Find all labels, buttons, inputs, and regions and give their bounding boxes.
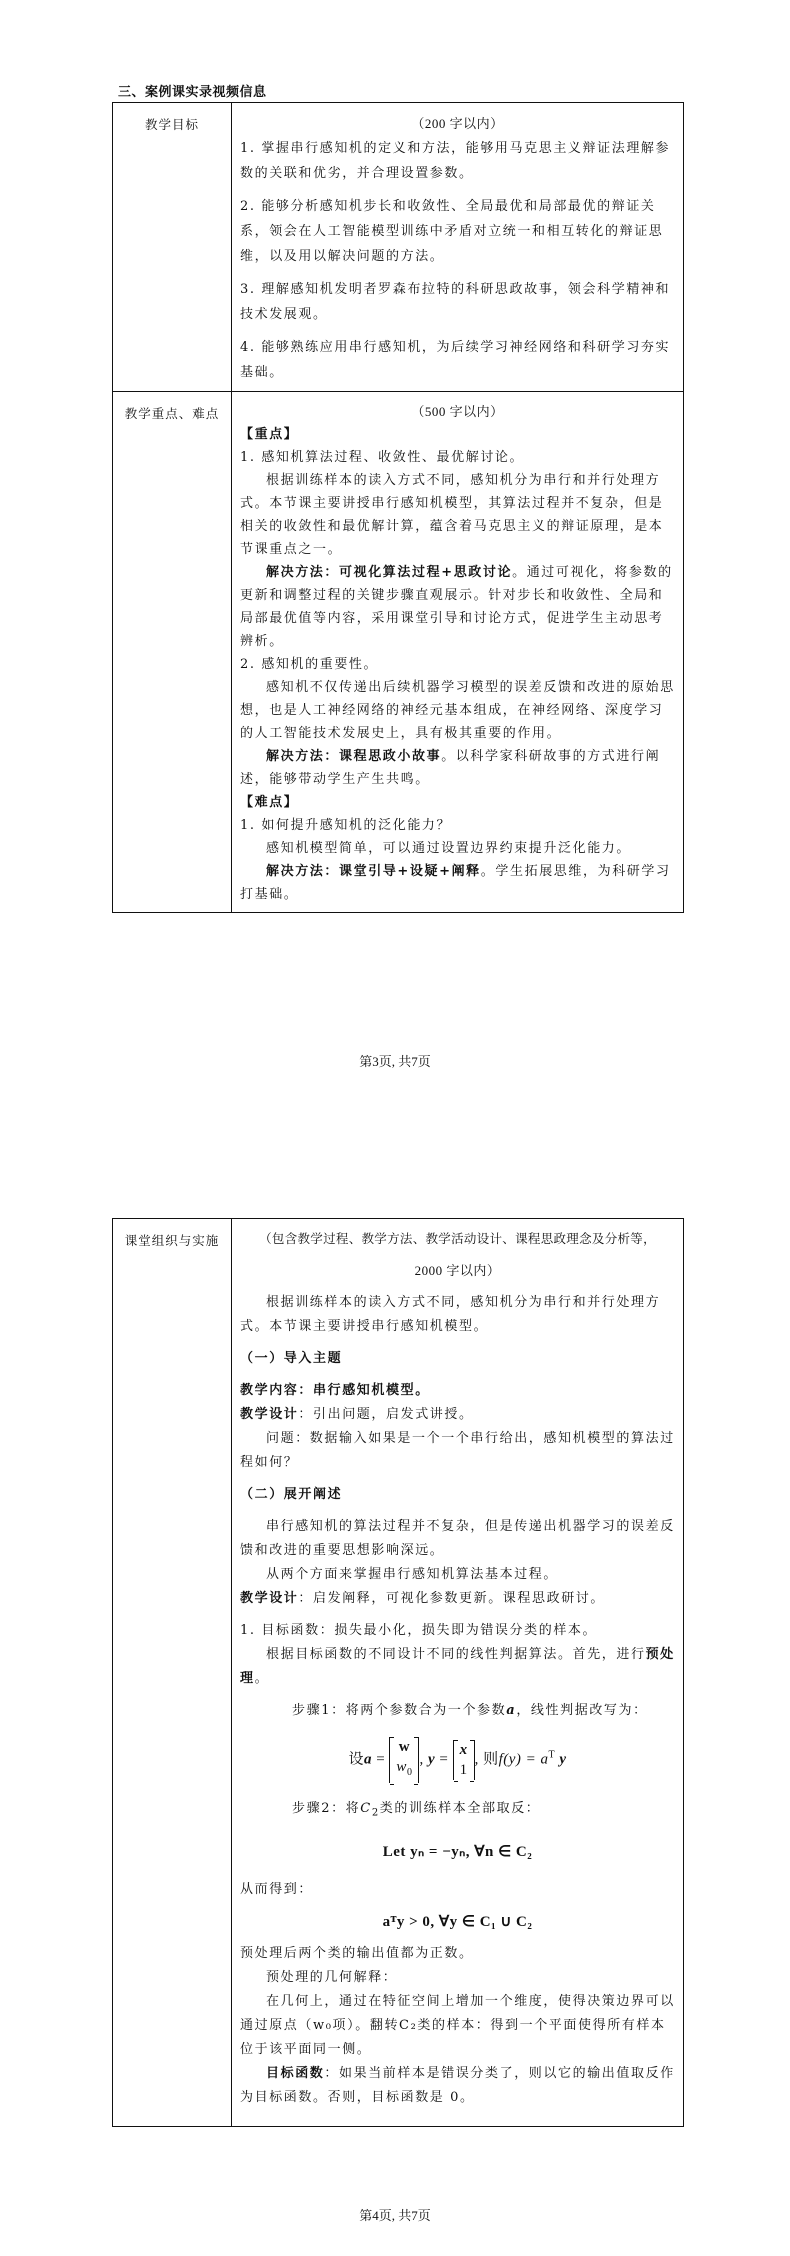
diff1-paragraph: 感知机模型简单，可以通过设置边界约束提升泛化能力。 <box>240 837 675 860</box>
matrix-y: x1 <box>453 1740 475 1780</box>
part1-heading: （一）导入主题 <box>240 1347 675 1371</box>
formula1-tail: y <box>555 1751 566 1767</box>
design2-text: ：启发阐释，可视化参数更新。课程思政研讨。 <box>298 1591 605 1606</box>
diff1-method: 解决方法：课堂引导+设疑+阐释。学生拓展思维，为科研学习打基础。 <box>240 860 675 906</box>
key-heading: 【重点】 <box>240 423 675 446</box>
step2-tail: 类的训练样本全部取反： <box>380 1801 541 1816</box>
diff1-method-label: 解决方法：课堂引导+设疑+阐释 <box>266 864 481 879</box>
formula-1: 设a = ww0, y = x1, 则f(y) = aT y <box>240 1737 675 1783</box>
objectives-limit: （200 字以内） <box>240 111 675 136</box>
objective-paragraph-text: 根据目标函数的不同设计不同的线性判据算法。首先，进行 <box>266 1647 646 1662</box>
key-points-limit: （500 字以内） <box>240 400 675 423</box>
part2-paragraph-2: 从两个方面来掌握串行感知机算法基本过程。 <box>240 1563 675 1587</box>
formula1-f: f(y) = a <box>499 1751 549 1767</box>
objectives-label: 教学目标 <box>113 103 232 392</box>
part2-paragraph-1: 串行感知机的算法过程并不复杂，但是传递出机器学习的误差反馈和改进的重要思想影响深… <box>240 1515 675 1563</box>
step2-text: 步骤2：将 <box>292 1801 360 1816</box>
teaching-design-1: 教学设计：引出问题，启发式讲授。 <box>240 1403 675 1427</box>
case-info-table-page3: 教学目标 （200 字以内） 1. 掌握串行感知机的定义和方法，能够用马克思主义… <box>112 102 684 913</box>
difficult-heading: 【难点】 <box>240 791 675 814</box>
objective-paragraph-end: 。 <box>255 1671 270 1686</box>
implementation-limit-1: （包含教学过程、教学方法、教学活动设计、课程思政理念及分析等， <box>240 1227 675 1251</box>
part2-heading: （二）展开阐述 <box>240 1483 675 1507</box>
step2-sub: 2 <box>372 1808 380 1819</box>
objectives-row: 教学目标 （200 字以内） 1. 掌握串行感知机的定义和方法，能够用马克思主义… <box>113 103 684 392</box>
key-points-row: 教学重点、难点 （500 字以内） 【重点】 1. 感知机算法过程、收敛性、最优… <box>113 392 684 913</box>
objective-item-3: 3. 理解感知机发明者罗森布拉特的科研思政故事，领会科学精神和技术发展观。 <box>240 277 675 327</box>
teaching-design-2: 教学设计：启发阐释，可视化参数更新。课程思政研讨。 <box>240 1587 675 1611</box>
page-footer-3: 第3页, 共7页 <box>0 1051 790 1070</box>
formula1-then: 则 <box>483 1751 499 1767</box>
implementation-limit-2: 2000 字以内） <box>240 1259 675 1283</box>
implementation-row: 课堂组织与实施 （包含教学过程、教学方法、教学活动设计、课程思政理念及分析等， … <box>113 1219 684 2127</box>
key2-method-label: 解决方法：课程思政小故事 <box>266 749 441 764</box>
implementation-content: （包含教学过程、教学方法、教学活动设计、课程思政理念及分析等， 2000 字以内… <box>232 1219 684 2127</box>
formula1-a: a <box>364 1751 372 1767</box>
step1-var: a <box>506 1703 516 1718</box>
matrix-y-top: x <box>460 1742 468 1758</box>
positive-text: 预处理后两个类的输出值都为正数。 <box>240 1942 675 1966</box>
target-function: 目标函数：如果当前样本是错误分类了，则以它的输出值取反作为目标函数。否则，目标函… <box>240 2062 675 2110</box>
formula-2: Let yₙ = −yₙ, ∀n ∈ C₂ <box>240 1840 675 1864</box>
diff1-title: 1. 如何提升感知机的泛化能力？ <box>240 814 675 837</box>
step1-text: 步骤1：将两个参数合为一个参数 <box>292 1703 506 1718</box>
formula1-y: y <box>428 1751 435 1767</box>
key1-paragraph: 根据训练样本的读入方式不同，感知机分为串行和并行处理方式。本节课主要讲授串行感知… <box>240 469 675 561</box>
matrix-y-bottom: 1 <box>460 1760 468 1780</box>
key1-method-label: 解决方法：可视化算法过程+思政讨论 <box>266 565 512 580</box>
target-label: 目标函数 <box>266 2066 324 2081</box>
design-label: 教学设计 <box>240 1407 298 1422</box>
key2-paragraph: 感知机不仅传递出后续机器学习模型的误差反馈和改进的原始思想，也是人工神经网络的神… <box>240 676 675 745</box>
matrix-a-top: w <box>399 1739 410 1755</box>
step1-tail: ，线性判据改写为： <box>516 1703 647 1718</box>
objective-item-1: 1. 掌握串行感知机的定义和方法，能够用马克思主义辩证法理解参数的关联和优劣，并… <box>240 136 675 186</box>
objective-item-4: 4. 能够熟练应用串行感知机，为后续学习神经网络和科研学习夯实基础。 <box>240 335 675 385</box>
implementation-intro: 根据训练样本的读入方式不同，感知机分为串行和并行处理方式。本节课主要讲授串行感知… <box>240 1291 675 1339</box>
key2-method: 解决方法：课程思政小故事。以科学家科研故事的方式进行阐述，能够带动学生产生共鸣。 <box>240 745 675 791</box>
objectives-content: （200 字以内） 1. 掌握串行感知机的定义和方法，能够用马克思主义辩证法理解… <box>232 103 684 392</box>
geometry-title: 预处理的几何解释： <box>240 1966 675 1990</box>
page-footer-4: 第4页, 共7页 <box>0 2205 790 2224</box>
design2-label: 教学设计 <box>240 1591 298 1606</box>
step2-var: C <box>360 1801 372 1816</box>
key2-title: 2. 感知机的重要性。 <box>240 653 675 676</box>
question: 问题：数据输入如果是一个一个串行给出，感知机模型的算法过程如何？ <box>240 1427 675 1475</box>
formula1-prefix: 设 <box>348 1751 364 1767</box>
matrix-a-bottom: w <box>396 1759 407 1775</box>
matrix-a: ww0 <box>389 1737 419 1783</box>
derive-text: 从而得到： <box>240 1878 675 1902</box>
step2: 步骤2：将C2类的训练样本全部取反： <box>240 1797 675 1826</box>
step1: 步骤1：将两个参数合为一个参数a，线性判据改写为： <box>240 1699 675 1723</box>
geometry-paragraph: 在几何上，通过在特征空间上增加一个维度，使得决策边界可以通过原点（w₀项）。翻转… <box>240 1990 675 2062</box>
objective-item-2: 2. 能够分析感知机步长和收敛性、全局最优和局部最优的辩证关系，领会在人工智能模… <box>240 194 675 269</box>
key1-title: 1. 感知机算法过程、收敛性、最优解讨论。 <box>240 446 675 469</box>
implementation-label: 课堂组织与实施 <box>113 1219 232 2127</box>
key1-method: 解决方法：可视化算法过程+思政讨论。通过可视化，将参数的更新和调整过程的关键步骤… <box>240 561 675 653</box>
objective-paragraph: 根据目标函数的不同设计不同的线性判据算法。首先，进行预处理。 <box>240 1643 675 1691</box>
design-text: ：引出问题，启发式讲授。 <box>298 1407 473 1422</box>
key-points-content: （500 字以内） 【重点】 1. 感知机算法过程、收敛性、最优解讨论。 根据训… <box>232 392 684 913</box>
key-points-label: 教学重点、难点 <box>113 392 232 913</box>
section-title: 三、案例课实录视频信息 <box>118 81 267 100</box>
teaching-content: 教学内容：串行感知机模型。 <box>240 1379 675 1403</box>
matrix-a-sub: 0 <box>407 1767 413 1778</box>
formula-3: aᵀy > 0, ∀y ∈ C₁ ∪ C₂ <box>240 1910 675 1934</box>
objective-function-title: 1. 目标函数：损失最小化，损失即为错误分类的样本。 <box>240 1619 675 1643</box>
case-info-table-page4: 课堂组织与实施 （包含教学过程、教学方法、教学活动设计、课程思政理念及分析等， … <box>112 1218 684 2127</box>
